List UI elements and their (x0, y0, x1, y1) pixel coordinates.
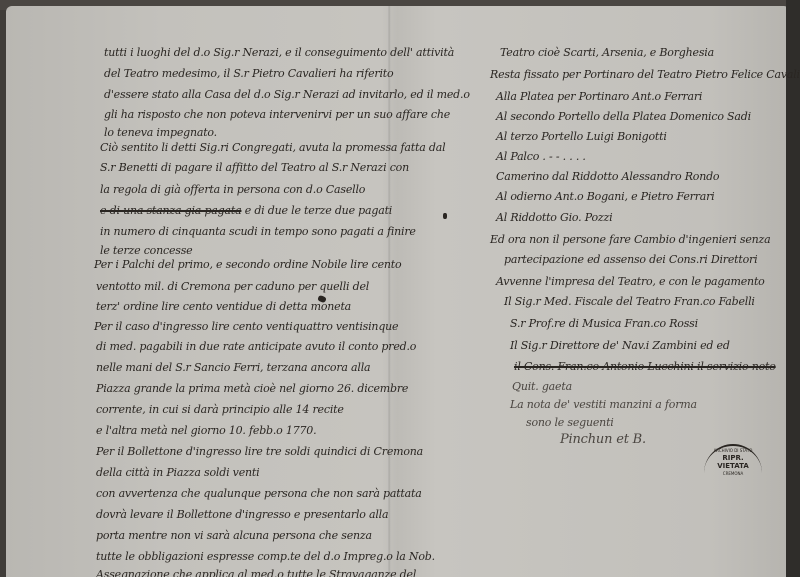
manuscript-line: in numero di cinquanta scudi in tempo so… (100, 225, 416, 238)
manuscript-line: Camerino dal Riddotto Alessandro Rondo (496, 170, 719, 183)
manuscript-line: Al odierno Ant.o Bogani, e Pietro Ferrar… (496, 190, 715, 203)
manuscript-text: e di due le terze due pagati (245, 204, 392, 217)
manuscript-line: S.r Prof.re di Musica Fran.co Rossi (510, 317, 698, 330)
manuscript-line: nelle mani del S.r Sancio Ferri, terzana… (96, 361, 370, 374)
manuscript-line: Il Sig.r Direttore de' Nav.i Zambini ed … (510, 339, 730, 352)
manuscript-line: Alla Platea per Portinaro Ant.o Ferrari (496, 90, 702, 103)
scan-background-right (786, 0, 800, 577)
stamp-archive-name: ARCHIVIO DI STATO (704, 448, 762, 453)
manuscript-line: sono le seguenti (526, 416, 614, 429)
manuscript-line: Per il Bollettone d'ingresso lire tre so… (96, 445, 423, 458)
manuscript-line: ventotto mil. di Cremona per caduno per … (96, 280, 369, 293)
stamp-text: RIPR. VIETATA (704, 454, 762, 470)
manuscript-line-struck: il Cons. Fran.co Antonio Lucchini il ser… (514, 360, 776, 373)
manuscript-line: Piazza grande la prima metà cioè nel gio… (96, 382, 408, 395)
stamp-vietata: VIETATA (717, 462, 749, 470)
manuscript-line: tutte le obbligazioni espresse comp.te d… (96, 550, 435, 563)
manuscript-line: Ed ora non il persone fare Cambio d'inge… (490, 233, 770, 246)
manuscript-line: terz' ordine lire cento ventidue di dett… (96, 300, 351, 313)
manuscript-line: con avvertenza che qualunque persona che… (96, 487, 422, 500)
manuscript-line: Per i Palchi del primo, e secondo ordine… (94, 258, 401, 271)
stamp-city: CREMONA (704, 471, 762, 476)
manuscript-line: Quit. gaeta (512, 380, 572, 393)
manuscript-line: della città in Piazza soldi venti (96, 466, 259, 479)
archive-stamp: ARCHIVIO DI STATO RIPR. VIETATA CREMONA (704, 444, 762, 478)
manuscript-line: tutti i luoghi del d.o Sig.r Nerazi, e i… (104, 46, 454, 59)
struck-text: e di una stanza gia pagata (100, 204, 241, 217)
manuscript-line: lo teneva impegnato. (104, 126, 217, 139)
manuscript-line: la regola di già offerta in persona con … (100, 183, 365, 196)
manuscript-line: Al terzo Portello Luigi Bonigotti (496, 130, 667, 143)
manuscript-line: le terze concesse (100, 244, 192, 257)
manuscript-line: dovrà levare il Bollettone d'ingresso e … (96, 508, 388, 521)
manuscript-line: La nota de' vestiti manzini a forma (510, 398, 697, 411)
manuscript-line: porta mentre non vi sarà alcuna persona … (96, 529, 372, 542)
manuscript-line: partecipazione ed assenso dei Cons.ri Di… (504, 253, 757, 266)
ink-blot (443, 213, 447, 219)
manuscript-line: Assegnazione che applica al med.o tutte … (96, 568, 416, 577)
manuscript-line: e di una stanza gia pagata e di due le t… (100, 204, 392, 217)
manuscript-line: di med. pagabili in due rate anticipate … (96, 340, 416, 353)
manuscript-line: Avvenne l'impresa del Teatro, e con le p… (496, 275, 765, 288)
manuscript-line: d'essere stato alla Casa del d.o Sig.r N… (104, 88, 470, 101)
signature: Pinchun et B. (560, 432, 646, 447)
manuscript-line: Al secondo Portello della Platea Domenic… (496, 110, 751, 123)
manuscript-line: Il Sig.r Med. Fiscale del Teatro Fran.co… (504, 295, 755, 308)
manuscript-line: del Teatro medesimo, il S.r Pietro Caval… (104, 67, 393, 80)
manuscript-line: S.r Benetti di pagare il affitto del Tea… (100, 161, 409, 174)
manuscript-line: corrente, in cui si darà principio alle … (96, 403, 344, 416)
manuscript-line: gli ha risposto che non poteva interveni… (104, 108, 450, 121)
manuscript-line: Ciò sentito li detti Sig.ri Congregati, … (100, 141, 445, 154)
manuscript-line: Resta fissato per Portinaro del Teatro P… (490, 68, 800, 81)
manuscript-line: Al Palco . - - . . . . (496, 150, 586, 163)
manuscript-line: Al Riddotto Gio. Pozzi (496, 211, 612, 224)
stamp-ripr: RIPR. (722, 454, 743, 462)
manuscript-line: Per il caso d'ingresso lire cento ventiq… (94, 320, 398, 333)
manuscript-line: Teatro cioè Scarti, Arsenia, e Borghesia (500, 46, 714, 59)
manuscript-line: e l'altra metà nel giorno 10. febb.o 177… (96, 424, 316, 437)
